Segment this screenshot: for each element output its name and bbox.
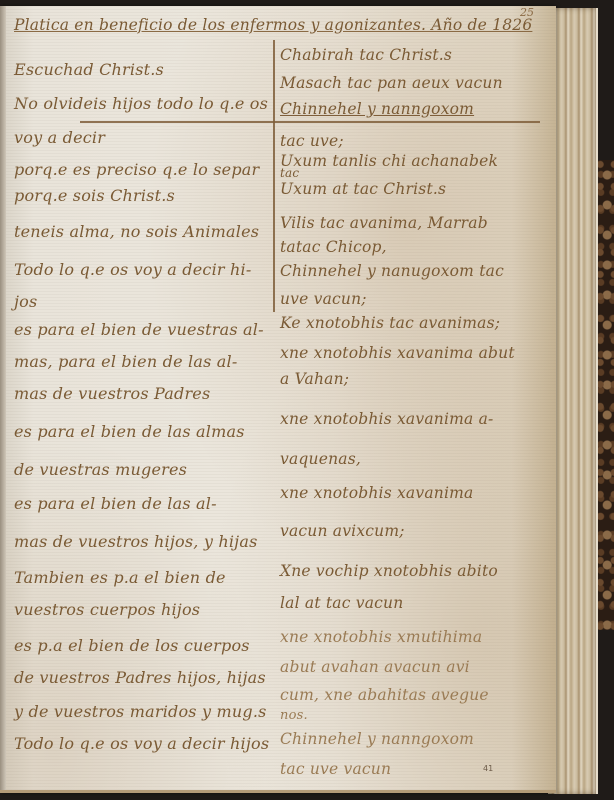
text-line: mas, para el bien de las al- bbox=[14, 352, 237, 371]
corner-mark: 41 bbox=[483, 764, 493, 773]
text-line: porq.e sois Christ.s bbox=[14, 186, 175, 205]
column-divider bbox=[273, 40, 275, 312]
text-line: xne xnotobhis xavanima a- bbox=[280, 410, 493, 428]
horizontal-rule bbox=[80, 121, 540, 123]
text-line: vaquenas, bbox=[280, 450, 361, 468]
text-line: vuestros cuerpos hijos bbox=[14, 600, 200, 619]
text-line: Ke xnotobhis tac avanimas; bbox=[280, 314, 500, 332]
text-line: tac uve; bbox=[280, 132, 344, 150]
text-line: cum, xne abahitas avegue bbox=[280, 686, 489, 704]
text-line: es para el bien de vuestras al- bbox=[14, 320, 264, 339]
text-line: y de vuestros maridos y mug.s bbox=[14, 702, 267, 721]
text-line: teneis alma, no sois Animales bbox=[14, 222, 259, 241]
text-line: de vuestras mugeres bbox=[14, 460, 187, 479]
text-line: Xne vochip xnotobhis abito bbox=[280, 562, 498, 580]
text-line: de vuestros Padres hijos, hijas bbox=[14, 668, 266, 687]
text-line: Uxum at tac Christ.s bbox=[280, 180, 446, 198]
text-line: es para el bien de las almas bbox=[14, 422, 245, 441]
text-line: lal at tac vacun bbox=[280, 594, 403, 612]
text-line: Vilis tac avanima, Marrab bbox=[280, 214, 488, 232]
text-line: Todo lo q.e os voy a decir hijos bbox=[14, 734, 269, 753]
text-line: es p.a el bien de los cuerpos bbox=[14, 636, 250, 655]
page-title: Platica en beneficio de los enfermos y a… bbox=[14, 16, 532, 34]
text-line: es para el bien de las al- bbox=[14, 494, 217, 513]
text-line: abut avahan avacun avi bbox=[280, 658, 470, 676]
text-line: nos. bbox=[280, 708, 308, 723]
text-line: a Vahan; bbox=[280, 370, 349, 388]
text-line: Masach tac pan aeux vacun bbox=[280, 74, 503, 92]
text-line: porq.e es preciso q.e lo separ bbox=[14, 160, 259, 179]
text-line: tac bbox=[280, 166, 299, 180]
marbled-book-cover bbox=[596, 160, 614, 630]
text-line: Chabirah tac Christ.s bbox=[280, 46, 452, 64]
page-gutter-edge bbox=[0, 6, 6, 790]
text-line: Tambien es p.a el bien de bbox=[14, 568, 226, 587]
text-line: mas de vuestros Padres bbox=[14, 384, 210, 403]
text-line: No olvideis hijos todo lo q.e os bbox=[14, 94, 268, 113]
text-line: uve vacun; bbox=[280, 290, 367, 308]
text-line: vacun avixcum; bbox=[280, 522, 405, 540]
text-line: Uxum tanlis chi achanabek bbox=[280, 152, 498, 170]
text-line: xne xnotobhis xmutihima bbox=[280, 628, 482, 646]
text-line: Escuchad Christ.s bbox=[14, 60, 164, 79]
text-line: xne xnotobhis xavanima bbox=[280, 484, 473, 502]
text-line: tatac Chicop, bbox=[280, 238, 387, 256]
text-line: jos bbox=[14, 292, 37, 311]
text-line: Chinnehel y nanugoxom tac bbox=[280, 262, 504, 280]
text-line: xne xnotobhis xavanima abut bbox=[280, 344, 515, 362]
text-line: tac uve vacun bbox=[280, 760, 391, 778]
text-line: mas de vuestros hijos, y hijas bbox=[14, 532, 258, 551]
text-line: Chinnehel y nanngoxom bbox=[280, 100, 474, 118]
text-line: voy a decir bbox=[14, 128, 105, 147]
text-line: Todo lo q.e os voy a decir hi- bbox=[14, 260, 251, 279]
text-line: Chinnehel y nanngoxom bbox=[280, 730, 474, 748]
photo-scene: 25 Platica en beneficio de los enfermos … bbox=[0, 0, 614, 800]
